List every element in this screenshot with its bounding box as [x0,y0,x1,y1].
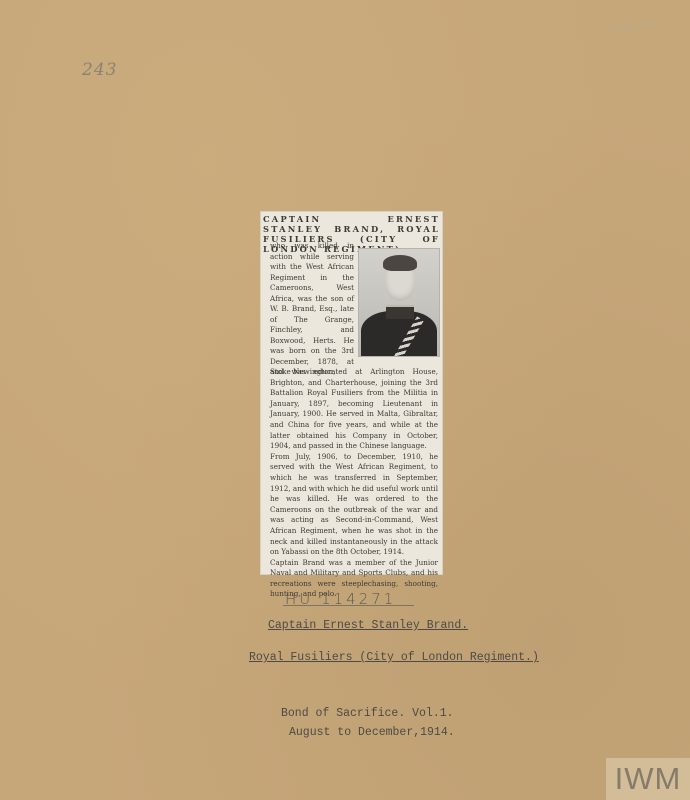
reference-underline [283,605,414,606]
portrait-photo [358,248,440,357]
top-right-handwritten-note: 1/4e.cq [609,17,651,36]
newspaper-clipping: CAPTAIN ERNEST STANLEY BRAND, ROYAL FUSI… [261,212,442,574]
page-number-handwritten: 243 [82,60,117,80]
clipping-paragraph-2: From July, 1906, to December, 1910, he s… [270,452,438,558]
iwm-watermark-logo: IWM [606,758,690,800]
clipping-text-body: and was educated at Arlington House, Bri… [270,367,438,600]
clipping-text-left-column: who was killed in action while serving w… [270,241,354,378]
typed-period: August to December,1914. [289,726,455,739]
clipping-paragraph-1: and was educated at Arlington House, Bri… [270,367,438,452]
typed-source: Bond of Sacrifice. Vol.1. [281,707,454,720]
typed-regiment: Royal Fusiliers (City of London Regiment… [249,651,539,664]
typed-name: Captain Ernest Stanley Brand. [268,619,468,632]
